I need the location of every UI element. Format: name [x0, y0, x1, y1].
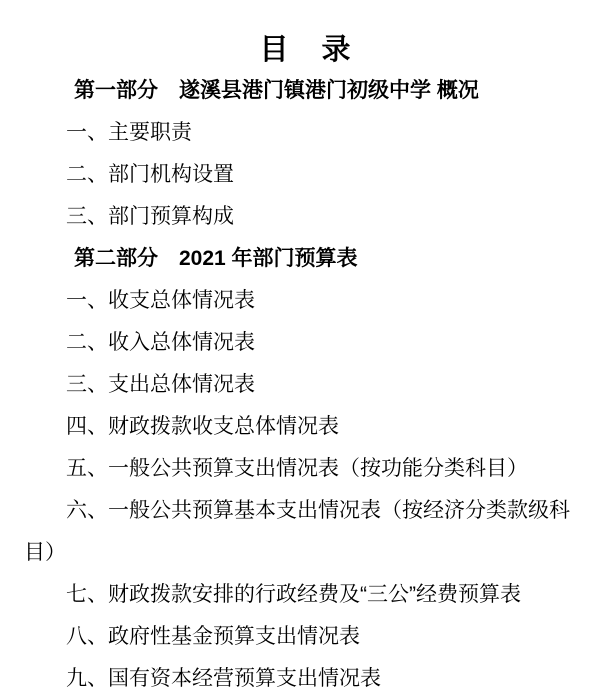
document-page: 目 录 第一部分 遂溪县港门镇港门初级中学 概况 一、主要职责 二、部门机构设置… — [0, 0, 612, 694]
toc-item: 六、一般公共预算基本支出情况表（按经济分类款级科目） — [24, 490, 588, 574]
toc-item: 九、国有资本经营预算支出情况表 — [24, 658, 588, 694]
toc-item: 二、收入总体情况表 — [24, 322, 588, 364]
toc-item: 三、部门预算构成 — [24, 196, 588, 238]
toc-item: 一、主要职责 — [24, 112, 588, 154]
toc-item: 三、支出总体情况表 — [24, 364, 588, 406]
table-of-contents: 第一部分 遂溪县港门镇港门初级中学 概况 一、主要职责 二、部门机构设置 三、部… — [24, 70, 588, 694]
toc-item: 五、一般公共预算支出情况表（按功能分类科目） — [24, 448, 588, 490]
toc-item: 一、收支总体情况表 — [24, 280, 588, 322]
toc-title: 目 录 — [24, 0, 588, 70]
toc-section-heading-part2: 第二部分 2021 年部门预算表 — [24, 238, 588, 280]
toc-item: 七、财政拨款安排的行政经费及“三公”经费预算表 — [24, 574, 588, 616]
toc-item: 四、财政拨款收支总体情况表 — [24, 406, 588, 448]
toc-section-heading-part1: 第一部分 遂溪县港门镇港门初级中学 概况 — [24, 70, 588, 112]
toc-item: 八、政府性基金预算支出情况表 — [24, 616, 588, 658]
toc-item: 二、部门机构设置 — [24, 154, 588, 196]
